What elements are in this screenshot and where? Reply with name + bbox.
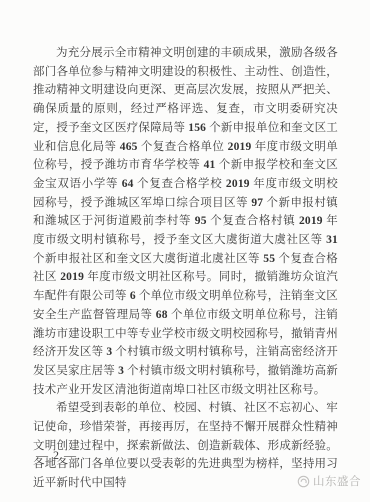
body-paragraph-2: 希望受到表彰的单位、校园、村镇、社区不忘初心、牢记使命，珍惜荣誉，再接再厉，在坚… [33, 399, 338, 493]
watermark: 山东盛合 [297, 473, 361, 489]
document-page: 为充分展示全市精神文明创建的丰硕成果，激励各级各部门各单位参与精神文明建设的积极… [0, 0, 370, 502]
document-body: 为充分展示全市精神文明创建的丰硕成果，激励各级各部门各单位参与精神文明建设的积极… [33, 44, 338, 493]
watermark-label: 山东盛合 [313, 473, 361, 489]
body-paragraph-1: 为充分展示全市精神文明创建的丰硕成果，激励各级各部门各单位参与精神文明建设的积极… [33, 44, 338, 399]
page-number: — 2 — [36, 448, 77, 463]
swirl-logo-icon [297, 475, 310, 488]
